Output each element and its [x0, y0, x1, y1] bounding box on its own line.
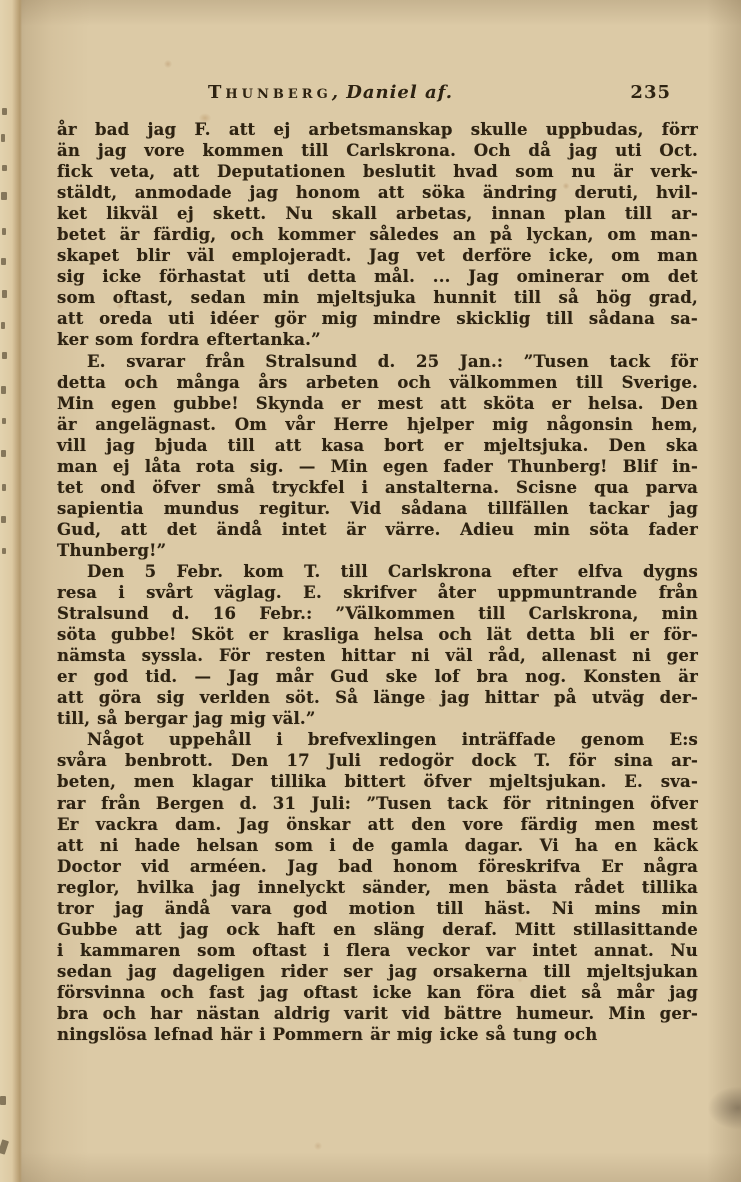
page-header: Thunberg, Daniel af. 235 [0, 82, 741, 108]
text-line: Gubbe att jag ock haft en släng deraf. M… [57, 919, 698, 940]
text-line: sedan jag dageligen rider ser jag orsake… [57, 961, 698, 982]
text-line: Gud, att det ändå intet är värre. Adieu … [57, 519, 698, 540]
text-line: till, så bergar jag mig väl.” [57, 708, 698, 729]
text-line: söta gubbe! Sköt er krasliga helsa och l… [57, 624, 698, 645]
text-line: ker som fordra eftertanka.” [57, 329, 698, 350]
text-line: Er vackra dam. Jag önskar att den vore f… [57, 814, 698, 835]
text-line: bra och har nästan aldrig varit vid bätt… [57, 1003, 698, 1024]
text-line: beten, men klagar tillika bittert öfver … [57, 771, 698, 792]
text-line: man ej låta rota sig. — Min egen fader T… [57, 456, 698, 477]
text-line: är angelägnast. Om vår Herre hjelper mig… [57, 414, 698, 435]
paragraph: år bad jag F. att ej arbetsmanskap skull… [57, 119, 698, 351]
paragraph: E. svarar från Stralsund d. 25 Jan.: ”Tu… [57, 351, 698, 561]
text-line: Min egen gubbe! Skynda er mest att sköta… [57, 393, 698, 414]
facing-page-edge [0, 0, 22, 1182]
text-line: sig icke förhastat uti detta mål. ... Ja… [57, 266, 698, 287]
text-line: Något uppehåll i brefvexlingen inträffad… [57, 729, 698, 750]
text-line: resa i svårt väglag. E. skrifver åter up… [57, 582, 698, 603]
text-line: stäldt, anmodade jag honom att söka ändr… [57, 182, 698, 203]
text-line: Thunberg!” [57, 540, 698, 561]
text-line: ningslösa lefnad här i Pommern är mig ic… [57, 1024, 698, 1045]
text-line: sapientia mundus regitur. Vid sådana til… [57, 498, 698, 519]
running-title: Thunberg, Daniel af. [0, 82, 701, 103]
book-page-scan: Thunberg, Daniel af. 235 år bad jag F. a… [0, 0, 741, 1182]
text-line: er god tid. — Jag mår Gud ske lof bra no… [57, 666, 698, 687]
text-line: att ni hade helsan som i de gamla dagar.… [57, 835, 698, 856]
text-line: som oftast, sedan min mjeltsjuka hunnit … [57, 287, 698, 308]
text-line: att göra sig verlden söt. Så länge jag h… [57, 687, 698, 708]
text-line: detta och många års arbeten och välkomme… [57, 372, 698, 393]
paragraph: Den 5 Febr. kom T. till Carlskrona efter… [57, 561, 698, 729]
text-line: betet är färdig, och kommer således an p… [57, 224, 698, 245]
text-line: Doctor vid arméen. Jag bad honom föreskr… [57, 856, 698, 877]
text-line: Den 5 Febr. kom T. till Carlskrona efter… [57, 561, 698, 582]
body-text: år bad jag F. att ej arbetsmanskap skull… [57, 119, 698, 1045]
text-line: E. svarar från Stralsund d. 25 Jan.: ”Tu… [57, 351, 698, 372]
text-line: tror jag ändå vara god motion till häst.… [57, 898, 698, 919]
running-title-author: Thunberg [208, 82, 332, 103]
text-line: ket likväl ej skett. Nu skall arbetas, i… [57, 203, 698, 224]
text-line: vill jag bjuda till att kasa bort er mje… [57, 435, 698, 456]
text-line: Stralsund d. 16 Febr.: ”Välkommen till C… [57, 603, 698, 624]
text-line: försvinna och fast jag oftast icke kan f… [57, 982, 698, 1003]
text-line: fick veta, att Deputationen beslutit hva… [57, 161, 698, 182]
text-line: rar från Bergen d. 31 Juli: ”Tusen tack … [57, 793, 698, 814]
page-number: 235 [630, 82, 671, 103]
text-line: i kammaren som oftast i flera veckor var… [57, 940, 698, 961]
text-line: skapet blir väl emplojeradt. Jag vet der… [57, 245, 698, 266]
text-line: svåra benbrott. Den 17 Juli redogör dock… [57, 750, 698, 771]
paragraph: Något uppehåll i brefvexlingen inträffad… [57, 729, 698, 1045]
text-line: än jag vore kommen till Carlskrona. Och … [57, 140, 698, 161]
text-line: reglor, hvilka jag innelyckt sänder, men… [57, 877, 698, 898]
text-line: nämsta syssla. För resten hittar ni väl … [57, 645, 698, 666]
running-title-rest: , Daniel af. [332, 82, 453, 103]
text-line: att oreda uti idéer gör mig mindre skick… [57, 308, 698, 329]
text-line: tet ond öfver små tryckfel i anstalterna… [57, 477, 698, 498]
text-line: år bad jag F. att ej arbetsmanskap skull… [57, 119, 698, 140]
